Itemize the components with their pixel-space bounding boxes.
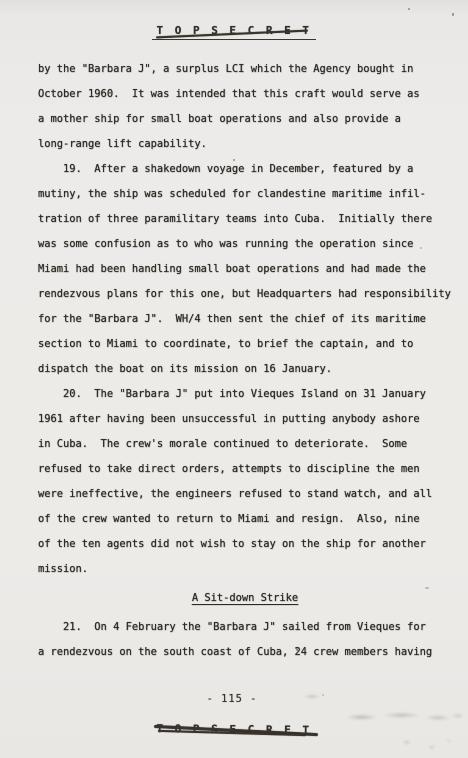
text-line: Miami had been handling small boat opera… <box>38 257 452 282</box>
text-line: in Cuba. The crew's morale continued to … <box>38 432 452 457</box>
text-line: section to Miami to coordinate, to brief… <box>38 332 452 357</box>
text-line: refused to take direct orders, attempts … <box>38 457 452 482</box>
text-line: rendezvous plans for this one, but Headq… <box>38 282 452 307</box>
text-line: were ineffective, the engineers refused … <box>38 482 452 507</box>
text-line: A Sit-down Strike <box>38 582 452 615</box>
text-line: long-range lift capability. <box>38 132 452 157</box>
text-line: 20. The "Barbara J" put into Vieques Isl… <box>38 382 452 407</box>
text-line: of the crew wanted to return to Miami an… <box>38 507 452 532</box>
document-body: by the "Barbara J", a surplus LCI which … <box>38 57 452 665</box>
text-line: of the ten agents did not wish to stay o… <box>38 532 452 557</box>
text-line: 21. On 4 February the "Barbara J" sailed… <box>38 615 452 640</box>
classification-header: T O P S E C R E T <box>0 24 468 40</box>
text-line: for the "Barbara J". WH/4 then sent the … <box>38 307 452 332</box>
document-page: T O P S E C R E T by the "Barbara J", a … <box>0 0 468 758</box>
ink-speck <box>408 8 410 10</box>
ink-speck <box>452 13 454 16</box>
text-line: October 1960. It was intended that this … <box>38 82 452 107</box>
text-line: a rendezvous on the south coast of Cuba,… <box>38 640 452 665</box>
text-line: mission. <box>38 557 452 582</box>
text-line: tration of three paramilitary teams into… <box>38 207 452 232</box>
text-line: a mother ship for small boat operations … <box>38 107 452 132</box>
page-number: - 115 - <box>0 693 464 705</box>
text-line: 1961 after having been unsuccessful in p… <box>38 407 452 432</box>
text-line: was some confusion as to who was running… <box>38 232 452 257</box>
text-line: mutiny, the ship was scheduled for cland… <box>38 182 452 207</box>
text-line: by the "Barbara J", a surplus LCI which … <box>38 57 452 82</box>
text-line: 19. After a shakedown voyage in December… <box>38 157 452 182</box>
classification-footer: T O P S E C R E T <box>0 721 468 741</box>
scan-smudge <box>328 710 462 723</box>
text-line: dispatch the boat on its mission on 16 J… <box>38 357 452 382</box>
